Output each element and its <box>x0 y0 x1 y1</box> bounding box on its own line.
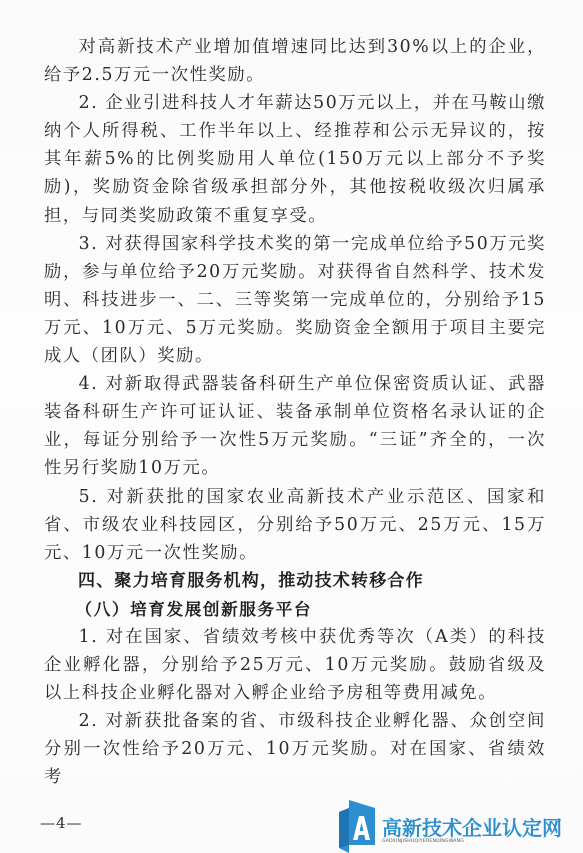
subsection-heading: （八）培育发展创新服务平台 <box>44 595 546 623</box>
logo-subtitle: GAOXINJISHUQIYERENDINGWANG <box>382 839 464 844</box>
document-body: 对高新技术产业增加值增速同比达到30%以上的企业，给予2.5万元一次性奖励。 2… <box>44 33 546 792</box>
paragraph-weapon-certification: 4. 对新取得武器装备科研生产单位保密资质认证、武器装备科研生产许可证认证、装备… <box>44 370 546 482</box>
document-page: 对高新技术产业增加值增速同比达到30%以上的企业，给予2.5万元一次性奖励。 2… <box>0 0 583 853</box>
paragraph-incubator-new: 2. 对新获批备案的省、市级科技企业孵化器、众创空间分别一次性给予20万元、10… <box>44 707 546 791</box>
logo-title: 高新技术企业认定网 <box>382 812 562 841</box>
section-heading: 四、聚力培育服务机构，推动技术转移合作 <box>44 567 546 595</box>
page-number: —4— <box>40 814 83 832</box>
paragraph-science-award: 3. 对获得国家科学技术奖的第一完成单位给予50万元奖励，参与单位给予20万元奖… <box>44 230 546 370</box>
paragraph-talent-reward: 2. 企业引进科技人才年薪达50万元以上，并在马鞍山缴纳个人所得税、工作半年以上… <box>44 89 546 229</box>
paragraph-incubator-rating: 1. 对在国家、省绩效考核中获优秀等次（A类）的科技企业孵化器，分别给予25万元… <box>44 623 546 707</box>
watermark-logo: 高新技术企业认定网 GAOXINJISHUQIYERENDINGWANG <box>337 800 583 853</box>
paragraph-growth-reward: 对高新技术产业增加值增速同比达到30%以上的企业，给予2.5万元一次性奖励。 <box>44 33 546 89</box>
paragraph-agri-park: 5. 对新获批的国家农业高新技术产业示范区、国家和省、市级农业科技园区，分别给予… <box>44 483 546 567</box>
logo-a-icon <box>337 800 375 853</box>
